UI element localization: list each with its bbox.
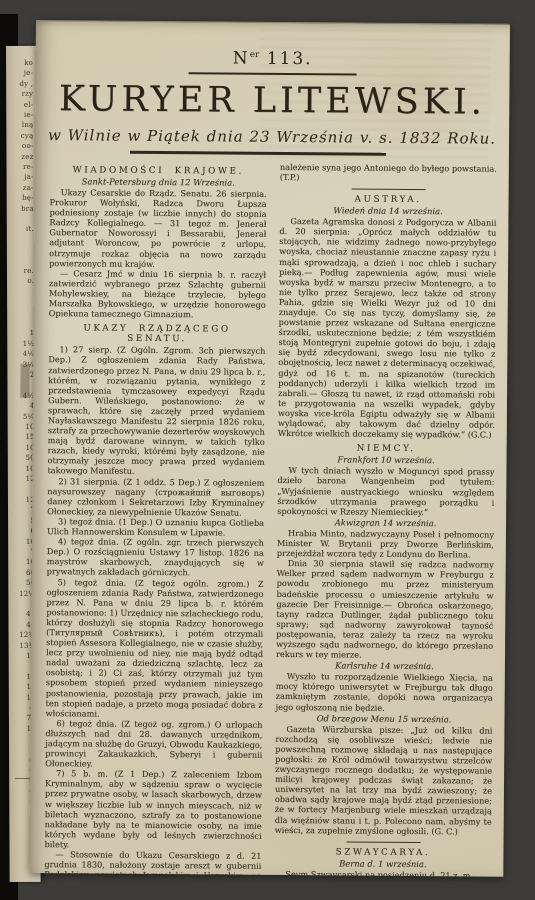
article-paragraph: Gazeta Agramska donosi z Podgorycza w Al…: [278, 216, 497, 440]
newspaper-page: Ner 113. KURYER LITEWSKI. w Wilnie w Pią…: [29, 20, 510, 877]
margin-fragment: cyą: [6, 131, 37, 142]
article-paragraph: — Stosownie do Ukazu Cesarskiego z d. 21…: [44, 849, 261, 877]
article-paragraph: 4) tegoż dnia. (Z ogóln. zgr. trzech pie…: [47, 536, 264, 578]
margin-fragment: [7, 214, 38, 225]
issue-prefix: N: [233, 49, 250, 69]
newspaper-title: KURYER LITEWSKI.: [35, 81, 509, 121]
margin-fragment: it.: [7, 224, 38, 235]
article-paragraph: Hrabia Minto, nadzwyczayny Poseł i pełno…: [277, 528, 494, 560]
margin-fragment: [7, 235, 38, 246]
article-dateline: Akwizgran 14 września.: [277, 517, 494, 529]
right-column: należenie syna jego Antoniego do byłego …: [274, 162, 497, 877]
article-paragraph: 3) tegoż dnia. (1 Dep.) O uznaniu kupca …: [47, 516, 264, 538]
section-heading: Niemcy.: [278, 443, 495, 455]
issue-rule: [189, 72, 357, 75]
article-dateline: Karlsruhe 14 września.: [276, 660, 493, 672]
margin-fragment: je-: [6, 68, 37, 79]
issue-number: Ner 113.: [36, 47, 510, 71]
margin-fragment: el-: [6, 99, 37, 110]
article-paragraph: 1) 27 sierp. (Z Ogóln. Zgrom. 3ch pierws…: [47, 344, 265, 477]
article-paragraph: 7) 5 b. m. (Z 1 Dep.) Z zaleceniem Izbom…: [44, 768, 262, 850]
separator-rule: [346, 841, 420, 843]
article-paragraph: Seym Szwaycarski na posiedzeniu d. 21 z.…: [274, 869, 491, 877]
margin-fragment: bę-: [7, 193, 38, 204]
article-dateline: Berna d. 1 września.: [274, 858, 491, 870]
article-paragraph: Dnia 30 sierpnia stawił się radzca nadwo…: [276, 558, 494, 661]
masthead-rule: [130, 150, 386, 155]
section-heading: Wiadomości Krajowe.: [50, 165, 267, 177]
article-paragraph: Gazeta Würzburska pisze: „Już od kilku d…: [275, 724, 493, 837]
margin-fragment: za-: [7, 183, 38, 194]
section-heading: Ukazy Rządzącego Senatu.: [48, 323, 265, 345]
margin-fragment: oo-: [6, 141, 37, 152]
margin-fragment: zez: [6, 152, 37, 163]
margin-fragment: lną: [6, 120, 37, 131]
article-paragraph: Wyszło tu rozporządzenie Wielkiego Xięci…: [276, 671, 493, 713]
article-paragraph: 6) tegoż dnia. (Z tegoż og. zgrom.) O ur…: [45, 718, 262, 770]
article-paragraph: — Cesarz Jmć w dniu 16 sierpnia b. r. ra…: [49, 268, 266, 320]
issue-no-value: 113.: [267, 49, 313, 69]
issue-superscript: er: [250, 50, 260, 60]
left-column: Wiadomości Krajowe.Sankt-Petersburg dnia…: [44, 160, 267, 877]
article-dateline: Wiedeń dnia 14 września.: [279, 205, 496, 217]
margin-fragment: ie-: [6, 110, 37, 121]
article-dateline: Od brzegow Menu 15 września.: [275, 713, 492, 725]
section-heading: Szwaycarya.: [274, 847, 491, 859]
article-paragraph: 2) 31 sierpnia. (Z 1 oddz. 5 Dep.) Z ogł…: [47, 476, 264, 518]
margin-fragment: rzy: [6, 89, 37, 100]
article-paragraph: 5) tegoż dnia. (Z tegoż ogóln. zgrom.) Z…: [46, 577, 264, 720]
publication-dateline: w Wilnie w Piątek dnia 23 Września v. s.…: [35, 126, 509, 148]
margin-fragment: ja-: [7, 172, 38, 183]
margin-fragment: bra: [7, 204, 38, 215]
margin-fragment: ko: [6, 58, 37, 69]
article-dateline: Frankfort 10 września.: [278, 454, 495, 466]
masthead: Ner 113. KURYER LITEWSKI. w Wilnie w Pią…: [35, 21, 510, 156]
article-columns: Wiadomości Krajowe.Sankt-Petersburg dnia…: [29, 158, 509, 877]
article-paragraph: Ukazy Cesarskie do Rządz. Senatu. 26 sie…: [49, 187, 267, 269]
margin-fragment: re-: [7, 162, 38, 173]
article-paragraph-continued: należenie syna jego Antoniego do byłego …: [280, 162, 497, 184]
separator-rule: [351, 188, 425, 190]
rotated-label-fragment: [20, 364, 29, 398]
article-paragraph: W tych dniach wyszło w Moguncyi spod pra…: [277, 465, 494, 517]
section-heading: Austrya.: [280, 194, 497, 206]
margin-fragment: dy ,: [6, 79, 37, 90]
article-dateline: Sankt-Petersburg dnia 12 Września.: [50, 176, 267, 188]
